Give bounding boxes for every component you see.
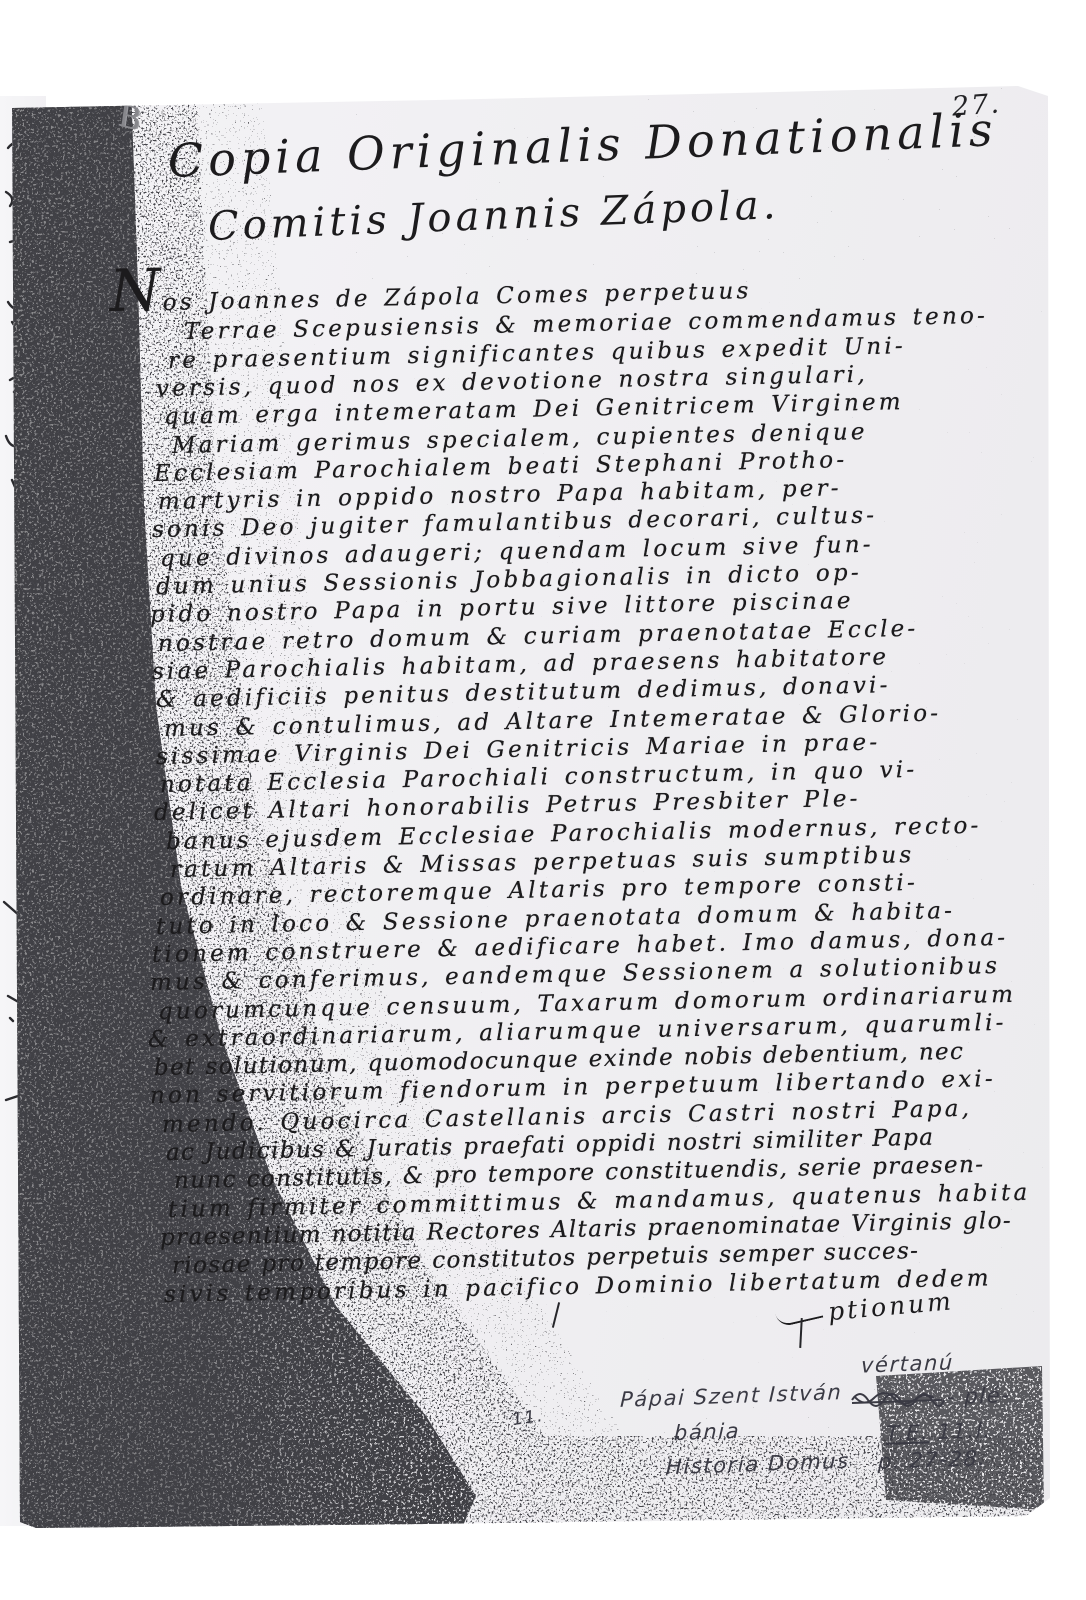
struck-out-word-scribble bbox=[850, 1386, 946, 1410]
source-reference-page: 11.l. bbox=[937, 1418, 992, 1444]
marginal-number: 11. bbox=[511, 1406, 545, 1430]
source-reference-code: T.E. bbox=[886, 1420, 930, 1446]
scanned-document: 27. B Copia Originalis Donationalis Comi… bbox=[0, 0, 1086, 1600]
stray-ink-stroke bbox=[552, 1302, 560, 1328]
pencil-corner-mark: B bbox=[116, 97, 143, 139]
annotation-line-1: Pápai Szent István bbox=[620, 1380, 843, 1412]
manuscript-title-line-1: Copia Originalis Donationalis bbox=[167, 102, 998, 188]
annotation-line-3: Historia Domus bbox=[666, 1449, 851, 1479]
manuscript-page: 27. B Copia Originalis Donationalis Comi… bbox=[6, 86, 1050, 1530]
page-range-reference: p. 27-28. bbox=[878, 1446, 988, 1474]
annotation-line-2: bánia bbox=[674, 1419, 741, 1445]
stray-ink-stroke bbox=[799, 1318, 803, 1348]
manuscript-title-line-2: Comitis Joannis Zápola. bbox=[207, 182, 780, 250]
annotation-line-1-continuation: - plé- bbox=[947, 1383, 1011, 1409]
inserted-word: vértanú bbox=[861, 1350, 955, 1377]
source-reference: T.E. 11.l. bbox=[886, 1418, 992, 1446]
